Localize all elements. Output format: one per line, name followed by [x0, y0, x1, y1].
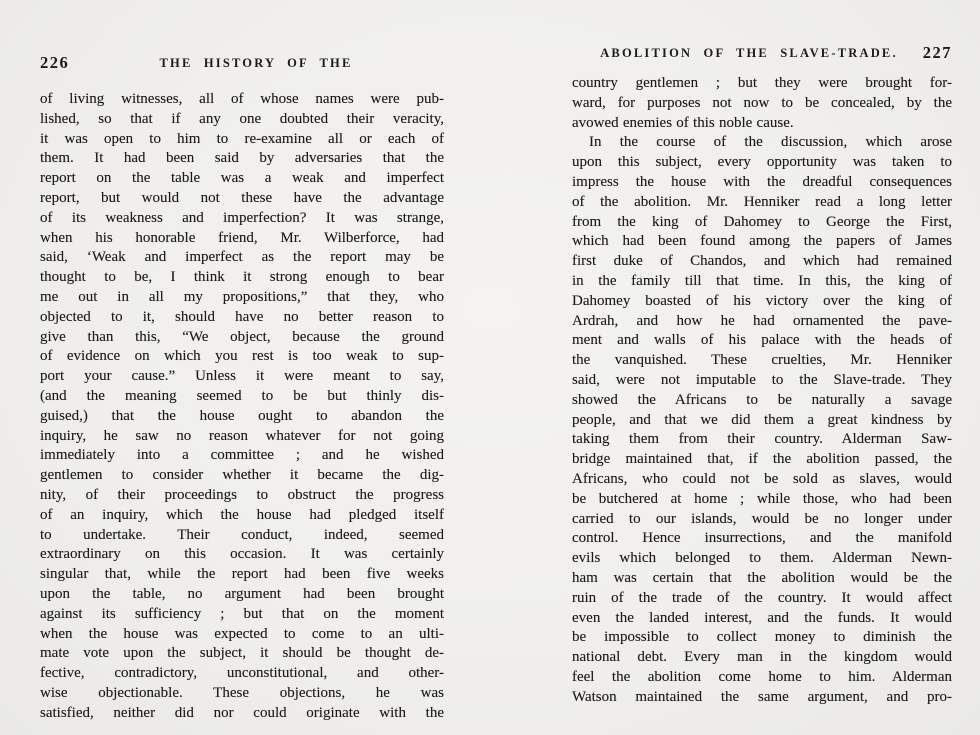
text-line: to undertake. Their conduct, indeed, see… — [40, 526, 444, 546]
text-line: country gentlemen ; but they were brough… — [572, 74, 952, 94]
left-running-head: 226 THE HISTORY OF THE — [40, 56, 444, 74]
text-line: taking them from their country. Alderman… — [572, 430, 952, 450]
left-page: 226 THE HISTORY OF THE of living witness… — [40, 56, 444, 724]
text-line: evils which belonged to them. Alderman N… — [572, 549, 952, 569]
text-line: gentlemen to consider whether it became … — [40, 466, 444, 486]
left-header-title: THE HISTORY OF THE — [68, 56, 444, 71]
text-line: upon this subject, every opportunity was… — [572, 153, 952, 173]
text-line: in the family till that time. In this, t… — [572, 272, 952, 292]
text-line: bridge maintained that, if the abolition… — [572, 450, 952, 470]
text-line: singular that, while the report had been… — [40, 565, 444, 585]
text-line: satisfied, neither did nor could origina… — [40, 704, 444, 724]
text-line: from the king of Dahomey to George the F… — [572, 213, 952, 233]
text-line: of living witnesses, all of whose names … — [40, 90, 444, 110]
text-line: In the course of the discussion, which a… — [572, 133, 952, 153]
text-line: report on the table was a weak and imper… — [40, 169, 444, 189]
right-running-head: ABOLITION OF THE SLAVE-TRADE. 227 — [572, 46, 952, 64]
text-line: Ardrah, and how he had ornamented the pa… — [572, 312, 952, 332]
left-page-body: of living witnesses, all of whose names … — [40, 90, 444, 724]
text-line: people, and that we did them a great kin… — [572, 411, 952, 431]
text-line: ruin of the trade of the country. It wou… — [572, 589, 952, 609]
text-line: impress the house with the dreadful cons… — [572, 173, 952, 193]
text-line: thought to be, I think it strong enough … — [40, 268, 444, 288]
right-page: ABOLITION OF THE SLAVE-TRADE. 227 countr… — [572, 46, 952, 708]
text-line: Africans, who could not be sold as slave… — [572, 470, 952, 490]
text-line: inquiry, he saw no reason whatever for n… — [40, 427, 444, 447]
text-line: said, ‘Weak and imperfect as the report … — [40, 248, 444, 268]
text-line: objected to it, should have no better re… — [40, 308, 444, 328]
text-line: when the house was expected to come to a… — [40, 625, 444, 645]
text-line: ham was certain that the abolition would… — [572, 569, 952, 589]
right-page-body: country gentlemen ; but they were brough… — [572, 74, 952, 708]
text-line: port your cause.” Unless it were meant t… — [40, 367, 444, 387]
book-spread: 226 THE HISTORY OF THE of living witness… — [0, 0, 980, 735]
text-line: even the landed interest, and the funds.… — [572, 609, 952, 629]
text-line: carried to our islands, would be no long… — [572, 510, 952, 530]
right-page-number: 227 — [923, 43, 952, 63]
text-line: lished, so that if any one doubted their… — [40, 110, 444, 130]
text-line: when his honorable friend, Mr. Wilberfor… — [40, 229, 444, 249]
text-line: (and the meaning seemed to be but thinly… — [40, 387, 444, 407]
text-line: against its sufficiency ; but that on th… — [40, 605, 444, 625]
text-line: report, but would not these have the adv… — [40, 189, 444, 209]
text-line: be butchered at home ; while those, who … — [572, 490, 952, 510]
text-line: avowed enemies of this noble cause. — [572, 114, 952, 134]
text-line: first duke of Chandos, and which had rem… — [572, 252, 952, 272]
text-line: Watson maintained the same argument, and… — [572, 688, 952, 708]
text-line: the vanquished. These cruelties, Mr. Hen… — [572, 351, 952, 371]
text-line: of an inquiry, which the house had pledg… — [40, 506, 444, 526]
text-line: immediately into a committee ; and he wi… — [40, 446, 444, 466]
text-line: showed the Africans to be naturally a sa… — [572, 391, 952, 411]
text-line: national debt. Every man in the kingdom … — [572, 648, 952, 668]
text-line: fective, contradictory, unconstitutional… — [40, 664, 444, 684]
text-line: nity, of their proceedings to obstruct t… — [40, 486, 444, 506]
text-line: give than this, “We object, because the … — [40, 328, 444, 348]
left-page-number: 226 — [40, 53, 69, 73]
text-line: said, were not imputable to the Slave-tr… — [572, 371, 952, 391]
text-line: ment and walls of his palace with the he… — [572, 331, 952, 351]
text-line: ward, for purposes not now to be conceal… — [572, 94, 952, 114]
right-header-title: ABOLITION OF THE SLAVE-TRADE. — [572, 46, 926, 61]
text-line: it was open to him to re-examine all or … — [40, 130, 444, 150]
text-line: extraordinary on this occasion. It was c… — [40, 545, 444, 565]
text-line: feel the abolition come home to him. Ald… — [572, 668, 952, 688]
text-line: of its weakness and imperfection? It was… — [40, 209, 444, 229]
text-line: wise objectionable. These objections, he… — [40, 684, 444, 704]
text-line: Dahomey boasted of his victory over the … — [572, 292, 952, 312]
text-line: guised,) that the house ought to abandon… — [40, 407, 444, 427]
text-line: control. Hence insurrections, and the ma… — [572, 529, 952, 549]
text-line: of the abolition. Mr. Henniker read a lo… — [572, 193, 952, 213]
text-line: mate vote upon the subject, it should be… — [40, 644, 444, 664]
text-line: me out in all my propositions,” that the… — [40, 288, 444, 308]
text-line: upon the table, no argument had been bro… — [40, 585, 444, 605]
text-line: which had been found among the papers of… — [572, 232, 952, 252]
text-line: be impossible to collect money to dimini… — [572, 628, 952, 648]
text-line: of evidence on which you rest is too wea… — [40, 347, 444, 367]
text-line: them. It had been said by adversaries th… — [40, 149, 444, 169]
